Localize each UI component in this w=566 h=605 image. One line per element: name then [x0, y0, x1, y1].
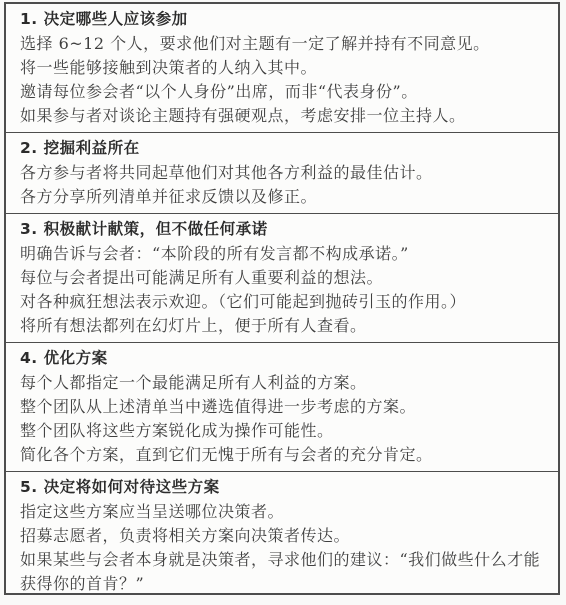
section-line: 每位与会者提出可能满足所有人重要利益的想法。: [20, 266, 544, 290]
section-line: 如果参与者对谈论主题持有强硬观点，考虑安排一位主持人。: [20, 104, 544, 128]
section-line: 各方参与者将共同起草他们对其他各方利益的最佳估计。: [20, 161, 544, 185]
section-line: 简化各个方案，直到它们无愧于所有与会者的充分肯定。: [20, 443, 544, 467]
section-3-brainstorm-no-commitment: 3. 积极献计献策，但不做任何承诺 明确告诉与会者：“本阶段的所有发言都不构成承…: [6, 214, 558, 343]
section-line: 整个团队从上述清单当中遴选值得进一步考虑的方案。: [20, 395, 544, 419]
section-line: 招募志愿者，负责将相关方案向决策者传达。: [20, 524, 544, 548]
section-title: 1. 决定哪些人应该参加: [20, 7, 544, 32]
section-line: 整个团队将这些方案锐化成为操作可能性。: [20, 419, 544, 443]
section-line: 将所有想法都列在幻灯片上，便于所有人查看。: [20, 314, 544, 338]
section-4-refine-options: 4. 优化方案 每个人都指定一个最能满足所有人利益的方案。 整个团队从上述清单当…: [6, 343, 558, 472]
section-2-uncover-interests: 2. 挖掘利益所在 各方参与者将共同起草他们对其他各方利益的最佳估计。 各方分享…: [6, 133, 558, 214]
document-sheet: 1. 决定哪些人应该参加 选择 6~12 个人，要求他们对主题有一定了解并持有不…: [4, 2, 560, 595]
section-line: 选择 6~12 个人，要求他们对主题有一定了解并持有不同意见。: [20, 32, 544, 56]
section-title: 2. 挖掘利益所在: [20, 136, 544, 161]
section-line: 每个人都指定一个最能满足所有人利益的方案。: [20, 371, 544, 395]
section-5-decide-next-steps: 5. 决定将如何对待这些方案 指定这些方案应当呈送哪位决策者。 招募志愿者，负责…: [6, 472, 558, 600]
section-title: 3. 积极献计献策，但不做任何承诺: [20, 217, 544, 242]
section-line: 明确告诉与会者：“本阶段的所有发言都不构成承诺。”: [20, 242, 544, 266]
section-1-decide-participants: 1. 决定哪些人应该参加 选择 6~12 个人，要求他们对主题有一定了解并持有不…: [6, 4, 558, 133]
section-line: 各方分享所列清单并征求反馈以及修正。: [20, 185, 544, 209]
section-line: 如果某些与会者本身就是决策者，寻求他们的建议：“我们做些什么才能获得你的首肯？”: [20, 548, 544, 596]
section-title: 4. 优化方案: [20, 346, 544, 371]
section-title: 5. 决定将如何对待这些方案: [20, 475, 544, 500]
section-line: 邀请每位参会者“以个人身份”出席，而非“代表身份”。: [20, 80, 544, 104]
section-line: 将一些能够接触到决策者的人纳入其中。: [20, 56, 544, 80]
section-line: 对各种疯狂想法表示欢迎。（它们可能起到抛砖引玉的作用。）: [20, 290, 544, 314]
section-line: 指定这些方案应当呈送哪位决策者。: [20, 500, 544, 524]
